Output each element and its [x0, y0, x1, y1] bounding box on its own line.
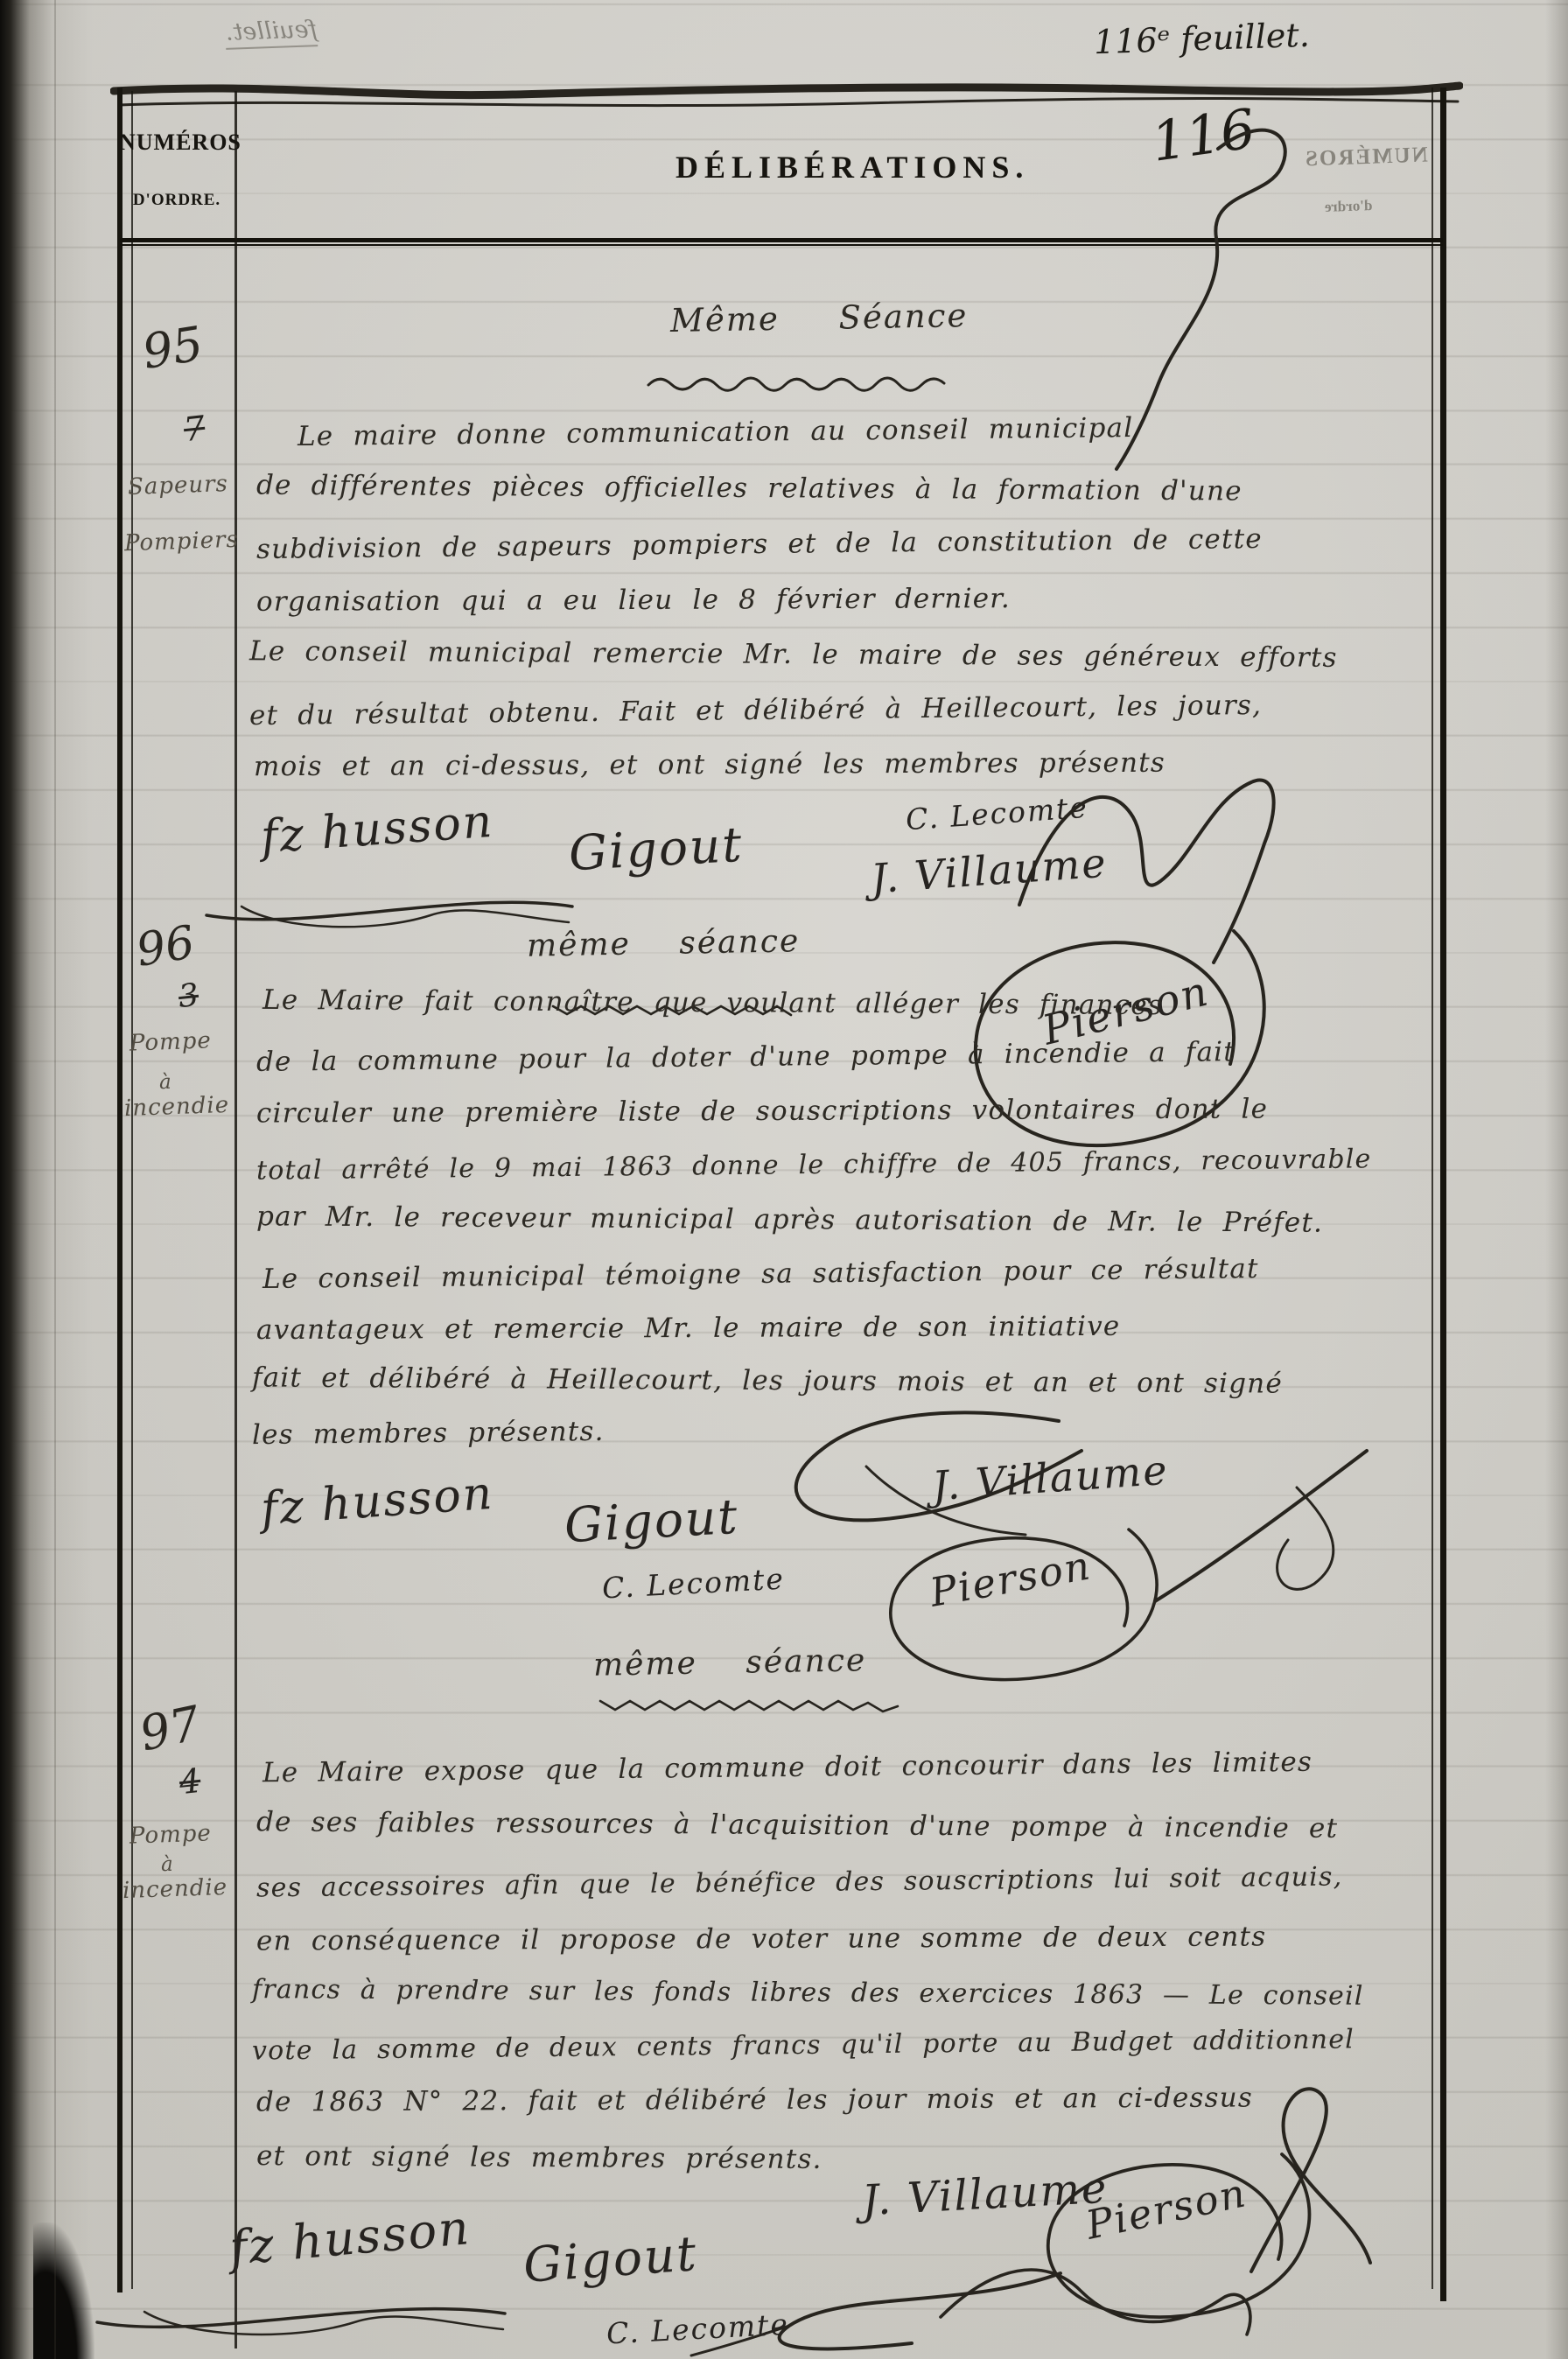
header-numeros-label: NUMÉROS — [119, 129, 234, 156]
entry-97-text-line: Le Maire expose que la commune doit conc… — [262, 1746, 1312, 1789]
signature-gigout: Gigout — [521, 2225, 699, 2293]
entry-96-text-line: les membres présents. — [252, 1416, 605, 1451]
frame-right-inner-line — [1431, 87, 1433, 2289]
signature-villaume: J. Villaume — [869, 839, 1109, 903]
entry-96-margin-label: à — [159, 1071, 173, 1094]
folio-number-note: 116ᵉ feuillet. — [1093, 16, 1310, 62]
entry-96-text-line: total arrêté le 9 mai 1863 donne le chif… — [256, 1144, 1372, 1186]
header-dordre-label: D'ORDRE. — [119, 191, 234, 210]
signature-husson-swash — [201, 880, 577, 934]
entry-96-text-line: par Mr. le receveur municipal après auto… — [256, 1200, 1323, 1238]
entry-97-margin-label: incendie — [122, 1874, 228, 1904]
entry-95-text-line: Le conseil municipal remercie Mr. le mai… — [249, 635, 1338, 674]
frame-right-border — [1440, 87, 1446, 2301]
signature-gigout: Gigout — [563, 1488, 739, 1553]
entry-97-text-line: de 1863 N° 22. fait et délibéré les jour… — [256, 2082, 1253, 2118]
entry-95-session-heading: Même Séance — [670, 297, 969, 339]
entry-95-item-mark: 7 — [182, 409, 207, 449]
entry-96-text-line: fait et délibéré à Heillecourt, les jour… — [252, 1361, 1283, 1399]
signature-paraph — [1137, 1433, 1382, 1617]
page-title: DÉLIBÉRATIONS. — [675, 149, 1029, 185]
entry-96-margin-label: Pompe — [129, 1027, 213, 1056]
entry-95-margin-label: Sapeurs — [128, 471, 229, 500]
entry-96-text-line: avantageux et remercie Mr. le maire de s… — [256, 1311, 1121, 1346]
entry-97-heading-squiggle — [598, 1696, 913, 1717]
signature-gigout: Gigout — [567, 816, 744, 881]
entry-95-text-line: Le maire donne communication au conseil … — [297, 412, 1134, 452]
entry-97-text-line: francs à prendre sur les fonds libres de… — [252, 1974, 1364, 2012]
entry-95-text-line: mois et an ci-dessus, et ont signé les m… — [254, 747, 1165, 783]
page-right-edge — [1545, 0, 1568, 2359]
signature-husson: fz husson — [227, 2200, 472, 2276]
signature-lecomte: C. Lecomte — [905, 790, 1089, 836]
entry-96-session-heading: même séance — [527, 923, 801, 963]
entry-96-text-line: Le Maire fait connaître que voulant allé… — [262, 984, 1163, 1021]
entry-97-text-line: en conséquence il propose de voter une s… — [256, 1921, 1266, 1956]
binding-shadow — [0, 0, 96, 2359]
entry-97-margin-label: à — [161, 1853, 175, 1876]
paper-crease — [54, 0, 56, 2359]
signature-villaume: J. Villaume — [930, 1446, 1170, 1510]
entry-96-text-line: Le conseil municipal témoigne sa satisfa… — [262, 1253, 1259, 1295]
entry-95-heading-squiggle — [646, 373, 954, 394]
register-page-scan: feuillet. 116ᵉ feuillet. NUMÉROS D'ORDRE… — [0, 0, 1568, 2359]
binding-shadow-blob — [33, 2222, 94, 2359]
entry-97-text-line: de ses faibles ressources à l'acquisitio… — [256, 1806, 1338, 1844]
header-bottom-rule — [120, 238, 1443, 246]
entry-97-text-line: vote la somme de deux cents francs qu'il… — [252, 2024, 1354, 2066]
entry-96-text-line: de la commune pour la doter d'une pompe … — [256, 1036, 1235, 1078]
signature-husson-swash — [92, 2284, 512, 2345]
frame-left-inner-line — [131, 91, 133, 2289]
entry-96-item-mark: 3 — [177, 977, 200, 1015]
entry-97-text-line: et ont signé les membres présents. — [256, 2140, 822, 2175]
header-bleedthrough-dordre: d'ordre — [1325, 197, 1373, 216]
entry-97-session-heading: même séance — [593, 1642, 867, 1683]
signature-lecomte: C. Lecomte — [601, 1562, 786, 1606]
signature-pierson-oval — [1019, 2130, 1334, 2335]
entry-95-number: 95 — [138, 316, 206, 380]
entry-97-margin-label: Pompe — [129, 1820, 213, 1849]
margin-column-rule — [234, 91, 237, 2348]
signature-pierson-name: Pierson — [927, 1542, 1095, 1615]
signature-lecomte: C. Lecomte — [605, 2307, 790, 2351]
entry-96-margin-label: incendie — [124, 1092, 230, 1122]
frame-top-border — [110, 75, 1463, 115]
frame-left-border — [117, 87, 122, 2292]
entry-96-text-line: circuler une première liste de souscript… — [256, 1093, 1268, 1129]
header-bleedthrough-numeros: NUMÉROS — [1304, 143, 1429, 172]
entry-95-text-line: subdivision de sapeurs pompiers et de la… — [256, 523, 1263, 565]
entry-95-text-line: organisation qui a eu lieu le 8 février … — [256, 583, 1011, 618]
entry-95-margin-label: Pompiers — [124, 527, 240, 557]
folio-bleedthrough-left: feuillet. — [225, 16, 318, 50]
signature-pierson-oval — [862, 1507, 1186, 1695]
entry-96-number: 96 — [133, 916, 199, 977]
entry-97-item-mark: 4 — [178, 1761, 203, 1802]
entry-95-text-line: de différentes pièces officielles relati… — [256, 470, 1242, 507]
entry-97-text-line: ses accessoires afin que le bénéfice des… — [256, 1862, 1343, 1904]
signature-husson: fz husson — [259, 795, 495, 864]
signature-husson: fz husson — [259, 1467, 495, 1536]
entry-97-number: 97 — [135, 1696, 205, 1762]
folio-overlay-number: 116 — [1147, 96, 1258, 174]
signature-villaume: J. Villaume — [861, 2164, 1109, 2226]
entry-95-text-line: et du résultat obtenu. Fait et délibéré … — [249, 689, 1262, 731]
